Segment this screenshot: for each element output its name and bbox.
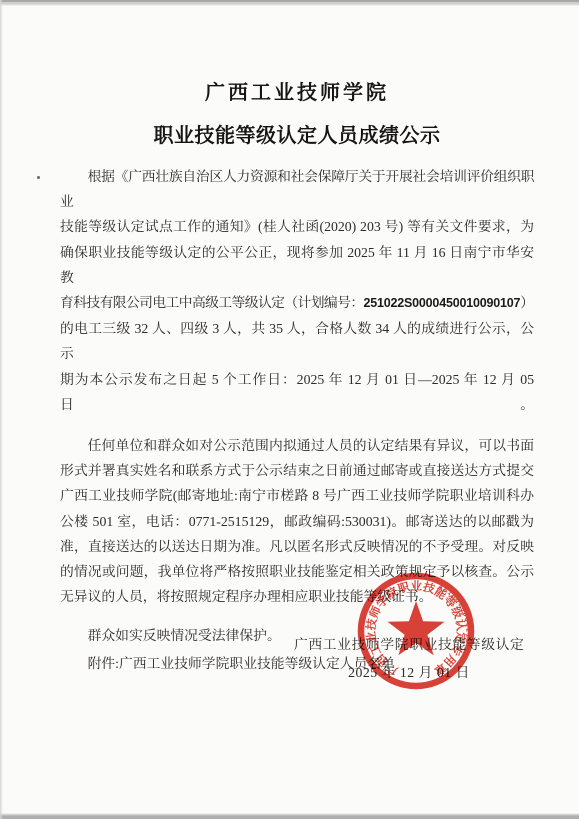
plan-number-prefix: 育科技有限公司电工中高级工等级认定（计划编号： — [60, 295, 364, 310]
scan-edge-top — [0, 0, 579, 6]
body-line: 技能等级认定试点工作的通知》(桂人社函(2020) 203 号) 等有关文件要求… — [60, 214, 534, 239]
seal-star-icon — [388, 601, 445, 655]
doc-title-line2: 职业技能等级认定人员成绩公示 — [60, 119, 534, 148]
scan-edge-bottom — [0, 813, 579, 819]
body-line: 的电工三级 32 人、四级 3 人，共 35 人，合格人数 34 人的成绩进行公… — [60, 316, 534, 366]
body-line: 广西工业技师学院(邮寄地址:南宁市槎路 8 号广西工业技师学院职业培训科办 — [60, 483, 534, 508]
plan-number-suffix: ） — [520, 295, 534, 310]
body-line: 育科技有限公司电工中高级工等级认定（计划编号：251022S0000450010… — [60, 290, 534, 316]
body-line: 期为本公示发布之日起 5 个工作日：2025 年 12 月 01 日—2025 … — [60, 367, 534, 417]
body-line: 形式并署真实姓名和联系方式于公示结束之日前通过邮寄或直接送达方式提交 — [60, 458, 534, 483]
body-line: 公楼 501 室，电话：0771-2515129，邮政编码:530031)。邮寄… — [60, 509, 534, 534]
ink-dot-artifact — [37, 176, 40, 179]
body-line: 确保职业技能等级认定的公平公正，现将参加 2025 年 11 月 16 日南宁市… — [60, 240, 534, 290]
body-line: 根据《广西壮族自治区人力资源和社会保障厅关于开展社会培训评价组织职业 — [60, 164, 534, 214]
paragraph-1: 根据《广西壮族自治区人力资源和社会保障厅关于开展社会培训评价组织职业 技能等级认… — [60, 164, 534, 417]
body-line: 任何单位和群众如对公示范围内拟通过人员的认定结果有异议，可以书面 — [60, 433, 534, 458]
plan-number: 251022S0000450010090107 — [364, 296, 521, 310]
scan-edge-left — [0, 0, 3, 819]
doc-title-line1: 广西工业技师学院 — [60, 76, 534, 105]
document-page: 广西工业技师学院 职业技能等级认定人员成绩公示 根据《广西壮族自治区人力资源和社… — [0, 0, 579, 819]
official-seal: 广西工业技师学院职业技能等级认定专用章 4510000000218 — [356, 571, 476, 691]
body-line: 准，直接送达的以送达日期为准。凡以匿名形式反映情况的不予受理。对反映 — [60, 534, 534, 559]
